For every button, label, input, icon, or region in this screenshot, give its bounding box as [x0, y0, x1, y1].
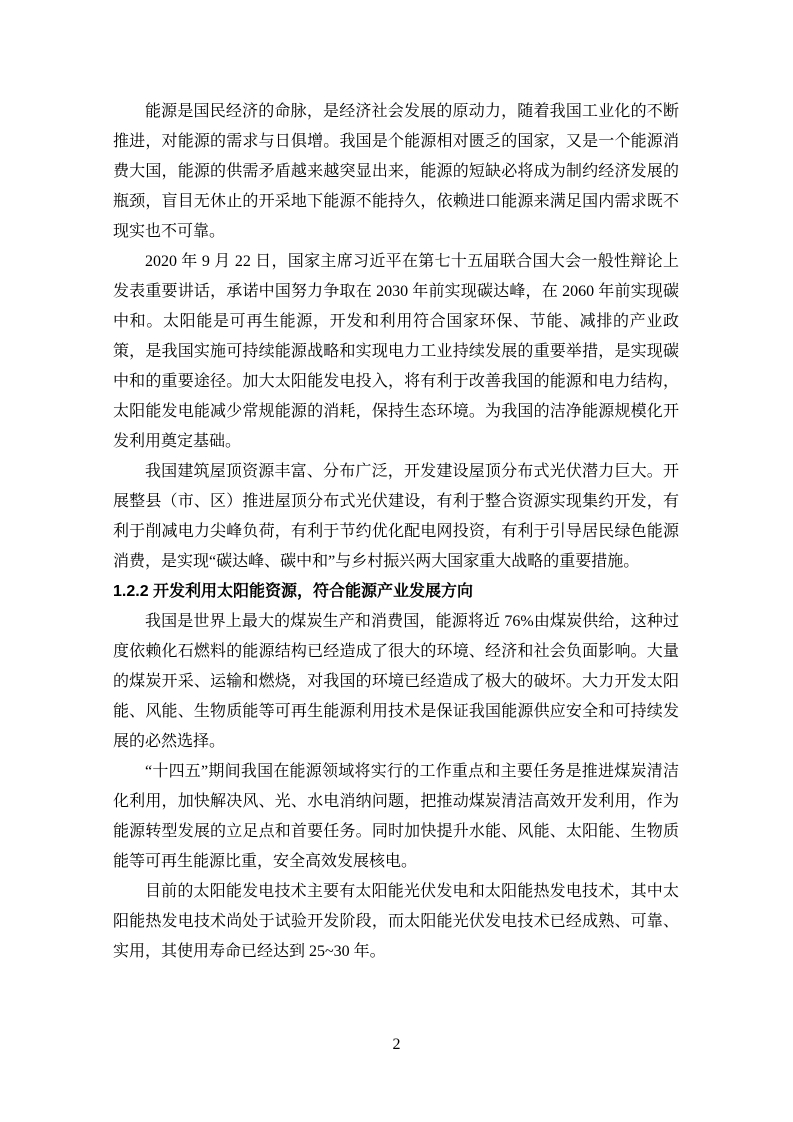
- paragraph-carbon-pledge: 2020 年 9 月 22 日，国家主席习近平在第七十五届联合国大会一般性辩论上…: [113, 247, 679, 457]
- paragraph-energy-lifeline: 能源是国民经济的命脉，是经济社会发展的原动力，随着我国工业化的不断推进，对能源的…: [113, 97, 679, 247]
- document-page: 能源是国民经济的命脉，是经济社会发展的原动力，随着我国工业化的不断推进，对能源的…: [0, 0, 793, 1122]
- page-number: 2: [0, 1035, 793, 1055]
- section-heading-1-2-2: 1.2.2 开发利用太阳能资源，符合能源产业发展方向: [113, 577, 679, 607]
- paragraph-14th-five-year-plan: “十四五”期间我国在能源领域将实行的工作重点和主要任务是推进煤炭清洁化利用，加快…: [113, 757, 679, 877]
- paragraph-rooftop-pv: 我国建筑屋顶资源丰富、分布广泛，开发建设屋顶分布式光伏潜力巨大。开展整县（市、区…: [113, 457, 679, 577]
- paragraph-coal-dependence: 我国是世界上最大的煤炭生产和消费国，能源将近 76%由煤炭供给，这种过度依赖化石…: [113, 607, 679, 757]
- document-body: 能源是国民经济的命脉，是经济社会发展的原动力，随着我国工业化的不断推进，对能源的…: [113, 97, 679, 967]
- paragraph-pv-technology: 目前的太阳能发电技术主要有太阳能光伏发电和太阳能热发电技术，其中太阳能热发电技术…: [113, 877, 679, 967]
